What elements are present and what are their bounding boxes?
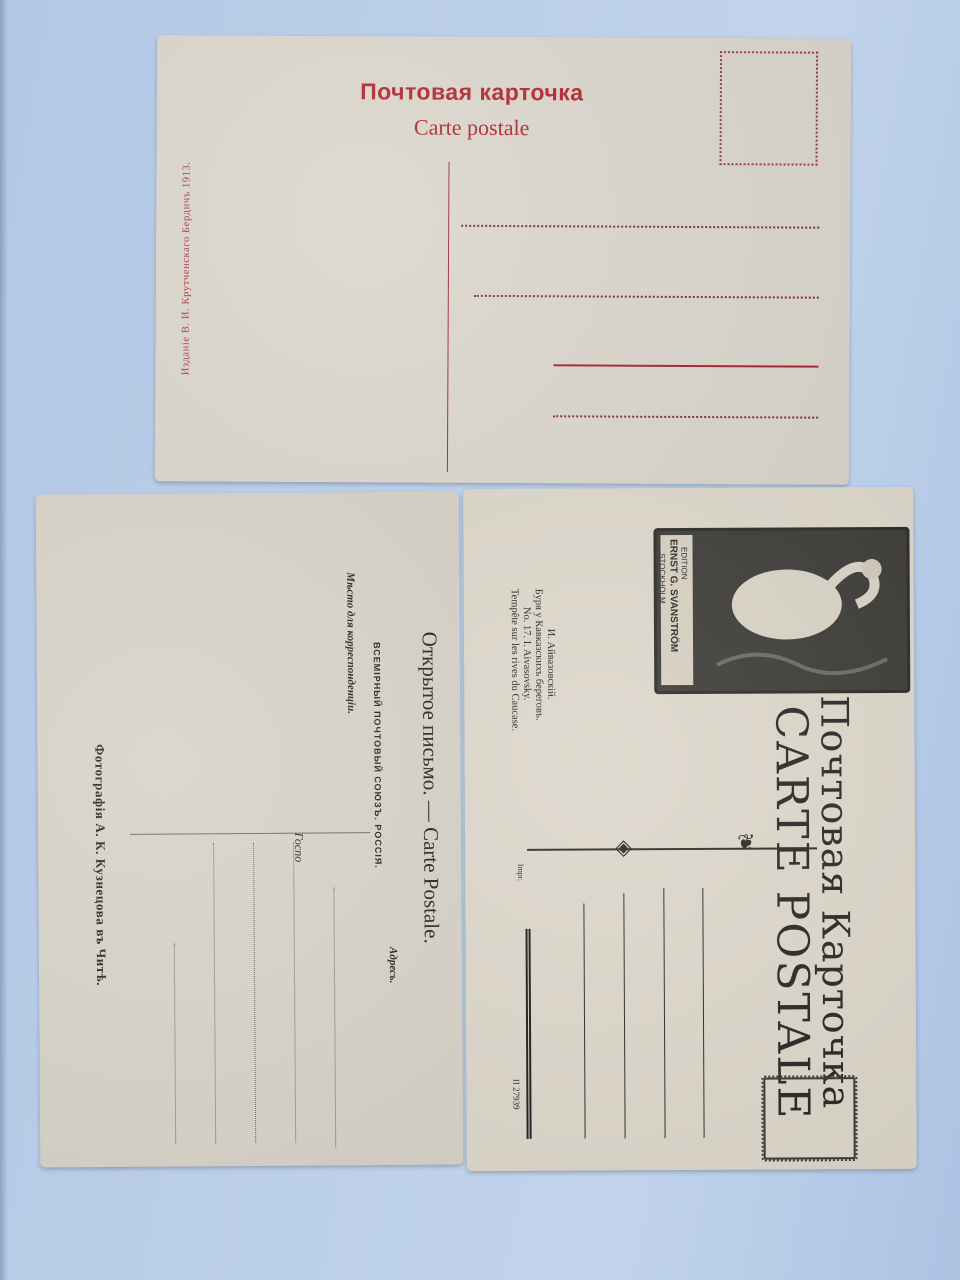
card-title-russian: Почтовая Карточка (812, 695, 858, 1109)
address-line-3 (623, 893, 625, 1138)
address-line-3 (253, 843, 256, 1143)
address-line-4 (213, 843, 216, 1143)
address-line-4 (663, 888, 665, 1138)
address-line-5 (174, 944, 176, 1144)
stamp-placeholder (763, 1077, 855, 1159)
divider-line (130, 832, 370, 835)
swan-illustration-icon (696, 534, 907, 685)
artist-caption-line-4: Tempête sur les rives du Caucase. (509, 589, 521, 731)
postcard-bottom-right: EDITION ERNST G. SVANSTRÖM STOCKHOLM И. … (463, 487, 917, 1171)
address-line-2 (474, 295, 819, 299)
address-line-1 (526, 929, 532, 1139)
address-line-1 (461, 225, 819, 229)
vignette-city: STOCKHOLM (658, 553, 667, 604)
address-line-3 (553, 364, 818, 367)
publisher-imprint: Изданіе В. И. Крутченскаго Бердичъ 1913. (180, 123, 198, 413)
serial-number: II 27939 (511, 1079, 521, 1110)
imprint-label: Impr. (516, 864, 525, 881)
address-line-1 (333, 887, 336, 1147)
fleuron-ornament-icon: ❦ (737, 830, 756, 856)
address-line-2 (293, 843, 296, 1143)
vignette-edition: EDITION (680, 547, 689, 579)
card-title-french: Carte postale (322, 114, 622, 142)
card-title-russian: Почтовая карточка (322, 78, 622, 107)
artist-caption-line-1: И. Айвазовскій. (545, 629, 556, 700)
vignette-publisher: ERNST G. SVANSTRÖM (667, 539, 679, 652)
correspondence-label: Мѣсто для корреспонденціи. (344, 572, 357, 714)
card-title: Открытое письмо. — Carte Postale. (417, 632, 444, 944)
address-label: Адресъ. (387, 947, 399, 983)
center-divider-line (447, 162, 450, 472)
postal-union-label: ВСЕМІРНЫЙ ПОЧТОВЫЙ СОЮЗЪ. РОССІЯ. (372, 642, 384, 869)
address-line-4 (553, 415, 818, 418)
surface-edge-shadow (0, 0, 8, 1280)
postcard-top: Почтовая карточка Carte postale Изданіе … (155, 35, 851, 485)
diamond-ornament-icon: ◈ (615, 834, 632, 860)
vignette-label: EDITION ERNST G. SVANSTRÖM STOCKHOLM (660, 535, 693, 685)
card-title-french: CARTE POSTALE (765, 705, 818, 1120)
postcard-bottom-left: Открытое письмо. — Carte Postale. ВСЕМІР… (36, 492, 464, 1168)
artist-caption-line-3: No. 17. I. Aivasovsky. (521, 607, 532, 701)
stamp-placeholder (719, 51, 818, 166)
photographer-imprint: Фотографія А. К. Кузнецова въ Читѣ. (91, 744, 109, 986)
address-line-2 (583, 904, 585, 1139)
artist-caption-line-2: Буря у Кавказскихъ береговъ. (533, 589, 545, 721)
address-line-5 (702, 888, 704, 1138)
publisher-vignette-swan: EDITION ERNST G. SVANSTRÖM STOCKHOLM (653, 527, 910, 694)
